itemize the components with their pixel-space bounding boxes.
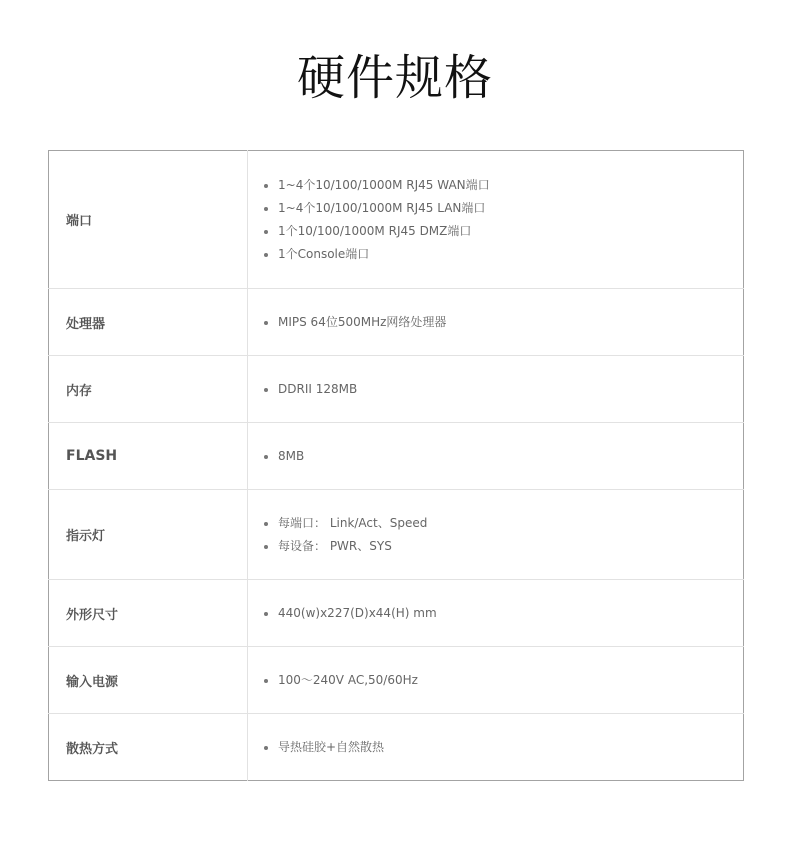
spec-value: 每端口： Link/Act、Speed 每设备： PWR、SYS <box>248 490 744 580</box>
spec-label: FLASH <box>49 423 248 490</box>
spec-row-cooling: 散热方式 导热硅胶+自然散热 <box>49 714 744 781</box>
spec-label: 端口 <box>49 151 248 289</box>
spec-value-list: 100～240V AC,50/60Hz <box>264 669 743 692</box>
bullet-icon <box>264 455 268 459</box>
spec-label: 外形尺寸 <box>49 580 248 647</box>
bullet-icon <box>264 321 268 325</box>
list-item: MIPS 64位500MHz网络处理器 <box>264 311 743 334</box>
spec-value: 100～240V AC,50/60Hz <box>248 647 744 714</box>
spec-value-list: 1~4个10/100/1000M RJ45 WAN端口 1~4个10/100/1… <box>264 174 743 266</box>
spec-value-list: 8MB <box>264 445 743 468</box>
spec-row-power-input: 输入电源 100～240V AC,50/60Hz <box>49 647 744 714</box>
spec-value-list: MIPS 64位500MHz网络处理器 <box>264 311 743 334</box>
spec-value: 导热硅胶+自然散热 <box>248 714 744 781</box>
spec-row-memory: 内存 DDRII 128MB <box>49 356 744 423</box>
spec-row-indicators: 指示灯 每端口： Link/Act、Speed 每设备： PWR、SYS <box>49 490 744 580</box>
spec-row-dimensions: 外形尺寸 440(w)x227(D)x44(H) mm <box>49 580 744 647</box>
list-item: 1~4个10/100/1000M RJ45 LAN端口 <box>264 197 743 220</box>
list-item: 100～240V AC,50/60Hz <box>264 669 743 692</box>
spec-value: 8MB <box>248 423 744 490</box>
bullet-icon <box>264 612 268 616</box>
spec-label: 内存 <box>49 356 248 423</box>
spec-value-list: 每端口： Link/Act、Speed 每设备： PWR、SYS <box>264 512 743 558</box>
list-item: 1个10/100/1000M RJ45 DMZ端口 <box>264 220 743 243</box>
list-item: 每端口： Link/Act、Speed <box>264 512 743 535</box>
list-item: 1个Console端口 <box>264 243 743 266</box>
hardware-spec-table: 端口 1~4个10/100/1000M RJ45 WAN端口 1~4个10/10… <box>48 150 744 781</box>
list-item: DDRII 128MB <box>264 378 743 401</box>
spec-row-processor: 处理器 MIPS 64位500MHz网络处理器 <box>49 289 744 356</box>
bullet-icon <box>264 746 268 750</box>
list-item: 440(w)x227(D)x44(H) mm <box>264 602 743 625</box>
bullet-icon <box>264 522 268 526</box>
spec-value-list: 导热硅胶+自然散热 <box>264 736 743 759</box>
bullet-icon <box>264 545 268 549</box>
spec-label: 指示灯 <box>49 490 248 580</box>
spec-label: 处理器 <box>49 289 248 356</box>
bullet-icon <box>264 184 268 188</box>
spec-label: 散热方式 <box>49 714 248 781</box>
spec-value: MIPS 64位500MHz网络处理器 <box>248 289 744 356</box>
spec-row-ports: 端口 1~4个10/100/1000M RJ45 WAN端口 1~4个10/10… <box>49 151 744 289</box>
spec-value: DDRII 128MB <box>248 356 744 423</box>
list-item: 8MB <box>264 445 743 468</box>
list-item: 每设备： PWR、SYS <box>264 535 743 558</box>
bullet-icon <box>264 207 268 211</box>
bullet-icon <box>264 253 268 257</box>
list-item: 导热硅胶+自然散热 <box>264 736 743 759</box>
spec-value-list: 440(w)x227(D)x44(H) mm <box>264 602 743 625</box>
spec-value-list: DDRII 128MB <box>264 378 743 401</box>
spec-row-flash: FLASH 8MB <box>49 423 744 490</box>
spec-value: 1~4个10/100/1000M RJ45 WAN端口 1~4个10/100/1… <box>248 151 744 289</box>
spec-value: 440(w)x227(D)x44(H) mm <box>248 580 744 647</box>
bullet-icon <box>264 230 268 234</box>
bullet-icon <box>264 388 268 392</box>
page-title: 硬件规格 <box>0 44 790 112</box>
spec-label: 输入电源 <box>49 647 248 714</box>
bullet-icon <box>264 679 268 683</box>
list-item: 1~4个10/100/1000M RJ45 WAN端口 <box>264 174 743 197</box>
